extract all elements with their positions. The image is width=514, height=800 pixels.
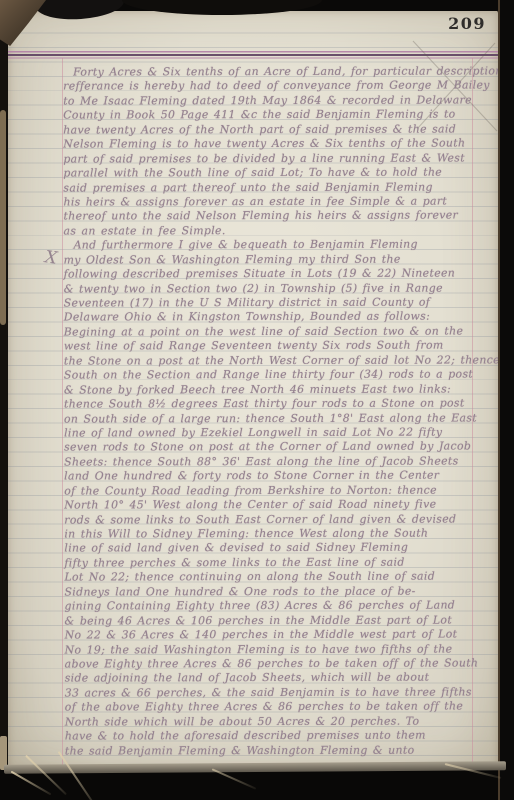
bottom-scan-edge xyxy=(0,770,514,800)
handwritten-line: fifty three perches & some links to the … xyxy=(64,555,476,571)
handwritten-line: as an estate in fee Simple. xyxy=(64,223,476,239)
handwritten-line: his heirs & assigns forever as an estate… xyxy=(63,194,475,210)
handwritten-line: land One hundred & forty rods to Stone C… xyxy=(64,469,476,485)
page-number: 209 xyxy=(448,14,486,33)
handwritten-line: No 22 & 36 Acres & 140 perches in the Mi… xyxy=(65,628,477,644)
handwritten-line: North 10° 45' West along the Center of s… xyxy=(64,498,476,514)
handwritten-line: line of said land given & devised to sai… xyxy=(64,541,476,557)
handwritten-line: South on the Section and Range line thir… xyxy=(64,368,476,384)
page-stack-edge xyxy=(0,110,6,325)
handwritten-line: refferance is hereby had to deed of conv… xyxy=(63,79,475,95)
handwritten-line: & twenty two in Section two (2) in Towns… xyxy=(64,281,476,297)
handwritten-line: parallel with the South line of said Lot… xyxy=(63,166,475,182)
handwritten-line: No 19; the said Washington Fleming is to… xyxy=(65,642,477,658)
handwritten-line: line of land owned by Ezekiel Longwell i… xyxy=(64,425,476,441)
handwritten-line: of the County Road leading from Berkshir… xyxy=(64,483,476,499)
handwritten-line: Forty Acres & Six tenths of an Acre of L… xyxy=(63,64,475,80)
handwritten-line: rods & some links to South East Corner o… xyxy=(64,512,476,528)
handwritten-line: County in Book 50 Page 411 &c the said B… xyxy=(63,108,475,124)
handwritten-line: Sidneys land One hundred & One rods to t… xyxy=(64,584,476,600)
margin-x-mark: X xyxy=(44,247,59,268)
handwritten-line: have twenty Acres of the North part of s… xyxy=(63,122,475,138)
handwritten-line: side adjoining the land of Jacob Sheets,… xyxy=(65,671,477,687)
handwritten-line: 33 acres & 66 perches, & the said Benjam… xyxy=(65,685,477,701)
handwritten-line: in this Will to Sidney Fleming: thence W… xyxy=(64,526,476,542)
handwritten-line: thereof unto the said Nelson Fleming his… xyxy=(63,209,475,225)
handwritten-line: west line of said Range Seventeen twenty… xyxy=(64,339,476,355)
handwriting-lines: Forty Acres & Six tenths of an Acre of L… xyxy=(63,64,477,758)
handwritten-line: North side which will be about 50 Acres … xyxy=(65,714,477,730)
handwritten-line: gining Containing Eighty three (83) Acre… xyxy=(64,599,476,615)
handwritten-line: the said Benjamin Fleming & Washington F… xyxy=(65,743,477,759)
handwritten-line: part of said premises to be divided by a… xyxy=(63,151,475,167)
handwritten-line: following described premises Situate in … xyxy=(64,267,476,283)
handwritten-line: And furthermore I give & bequeath to Ben… xyxy=(64,238,476,254)
handwritten-line: to Me Isaac Fleming dated 19th May 1864 … xyxy=(63,93,475,109)
handwritten-line: of the above Eighty three Acres & 86 per… xyxy=(65,700,477,716)
handwritten-line: on South side of a large run: thence Sou… xyxy=(64,411,476,427)
handwritten-line: above Eighty three Acres & 86 perches to… xyxy=(65,656,477,672)
handwritten-line: Sheets: thence South 88° 36' East along … xyxy=(64,454,476,470)
handwritten-line: & being 46 Acres & 106 perches in the Mi… xyxy=(65,613,477,629)
handwritten-line: my Oldest Son & Washington Fleming my th… xyxy=(64,252,476,268)
handwritten-line: Lot No 22; thence continuing on along th… xyxy=(64,570,476,586)
paper-page: 209 X Forty Acres & Six tenths of an Acr… xyxy=(8,10,498,769)
handwritten-line: Delaware Ohio & in Kingston Township, Bo… xyxy=(64,310,476,326)
right-scan-edge xyxy=(498,0,514,800)
handwritten-line: seven rods to Stone on post at the Corne… xyxy=(64,440,476,456)
handwritten-line: Begining at a point on the west line of … xyxy=(64,324,476,340)
handwritten-line: Seventeen (17) in the U S Military distr… xyxy=(64,295,476,311)
handwritten-line: Nelson Fleming is to have twenty Acres &… xyxy=(63,137,475,153)
scanned-ledger-page: 209 X Forty Acres & Six tenths of an Acr… xyxy=(0,0,514,800)
handwritten-line: said premises a part thereof unto the sa… xyxy=(63,180,475,196)
handwritten-line: & Stone by forked Beech tree North 46 mi… xyxy=(64,382,476,398)
handwritten-line: have & to hold the aforesaid described p… xyxy=(65,729,477,745)
handwritten-line: the Stone on a post at the North West Co… xyxy=(64,353,476,369)
handwritten-line: thence South 8½ degrees East thirty four… xyxy=(64,397,476,413)
